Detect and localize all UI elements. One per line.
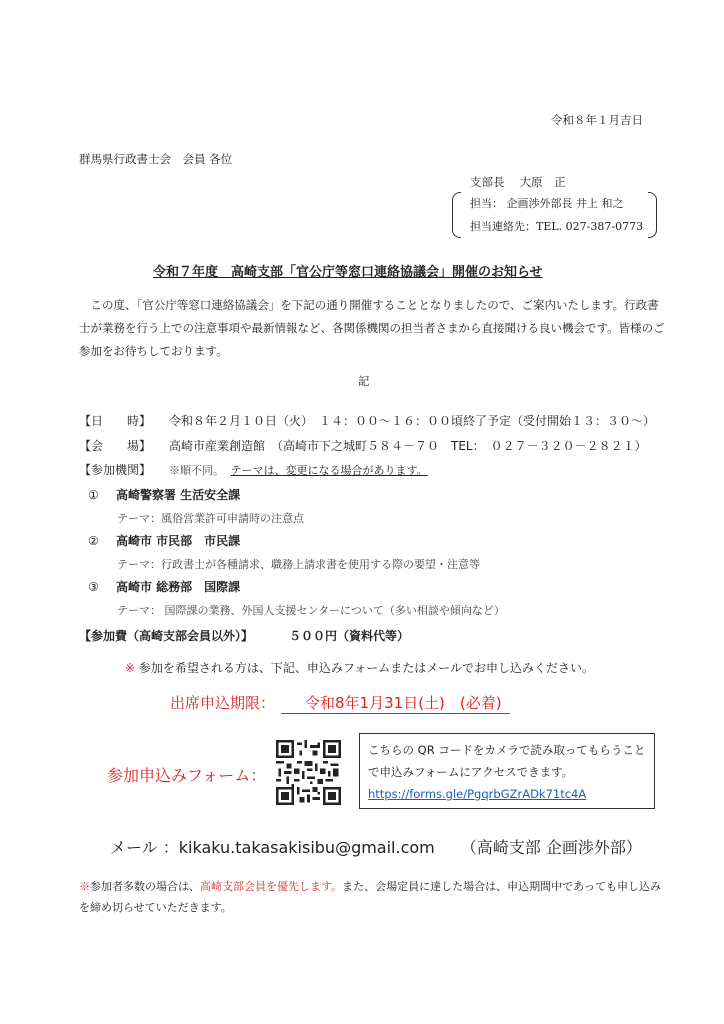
venue-row: 【会 場】高崎市産業創造館 （高崎市下之城町５８４－７０ TEL： ０２７－３２… (79, 437, 647, 454)
org-item-3: ③高崎市 総務部 国際課 (88, 578, 240, 595)
application-notice: ※ 参加を希望される方は、下記、申込みフォームまたはメールでお申し込みください。 (125, 659, 594, 676)
org-theme-3: テーマ： 国際課の業務、外国人支援センターについて（多い相談や傾向など） (117, 602, 505, 618)
org-number: ② (88, 534, 116, 548)
orgs-note-underlined: テーマは、変更になる場合があります。 (231, 464, 428, 477)
contact-person: 担当： 企画渉外部長 井上 和之 (470, 195, 624, 211)
footer-note: ※参加者多数の場合は、高崎支部会員を優先します。また、会場定員に達した場合は、申… (79, 876, 669, 918)
deadline: 出席申込期限：令和8年1月31日(土) (必着) (170, 692, 510, 714)
qr-instructions-text: こちらの QR コードをカメラで読み取ってもらうことで申込みフォームにアクセスで… (368, 739, 646, 783)
orgs-row: 【参加機関】※順不同。 テーマは、変更になる場合があります。 (79, 461, 428, 478)
org-theme-1: テーマ：風俗営業許可申請時の注意点 (117, 510, 304, 526)
email-org: （高崎支部 企画渉外部） (461, 838, 642, 857)
form-url-link[interactable]: https://forms.gle/PgqrbGZrADk71tc4A (368, 787, 586, 801)
fee-label: 【参加費（高崎支部会員以外）】 (79, 627, 253, 644)
org-number: ① (88, 488, 116, 502)
orgs-note: ※順不同。 (169, 464, 219, 477)
date-row: 【日 時】令和８年２月１０日（火） １４：００～１６：００頃終了予定（受付開始１… (79, 412, 655, 429)
footer-priority: 高崎支部会員を優先します。 (200, 880, 342, 893)
intro-paragraph: この度、「官公庁等窓口連絡協議会」を下記の通り開催することとなりましたので、ご案… (79, 294, 669, 363)
footer-mark: ※参加者多数の場合は、 (79, 880, 200, 893)
right-bracket (648, 192, 657, 238)
org-item-2: ②高崎市 市民部 市民課 (88, 532, 240, 549)
notice-text: 参加を希望される方は、下記、申込みフォームまたはメールでお申し込みください。 (135, 661, 594, 675)
qr-code-icon[interactable] (276, 740, 341, 805)
sender: 支部長 大原 正 (470, 174, 566, 190)
org-name: 高崎市 総務部 国際課 (116, 580, 240, 594)
notice-mark: ※ (125, 661, 135, 675)
org-name: 高崎市 市民部 市民課 (116, 534, 240, 548)
email-address[interactable]: メール ：kikaku.takasakisibu@gmail.com (110, 838, 435, 857)
ki-heading: 記 (358, 373, 370, 389)
venue-value: 高崎市産業創造館 （高崎市下之城町５８４－７０ TEL： ０２７－３２０－２８２… (169, 439, 647, 453)
left-bracket (452, 192, 461, 238)
qr-instructions-box: こちらの QR コードをカメラで読み取ってもらうことで申込みフォームにアクセスで… (359, 733, 655, 809)
deadline-value: 令和8年1月31日(土) (必着) (281, 692, 510, 714)
org-item-1: ①高崎警察署 生活安全課 (88, 486, 240, 503)
document-date: 令和８年１月吉日 (551, 112, 643, 128)
contact-box: 担当： 企画渉外部長 井上 和之 担当連絡先：TEL. 027-387-0773 (452, 190, 657, 238)
contact-phone: 担当連絡先：TEL. 027-387-0773 (470, 218, 643, 234)
footer-asterisk: ※ (79, 880, 90, 893)
orgs-label: 【参加機関】 (79, 461, 169, 478)
fee-value: ５００円（資料代等） (289, 627, 409, 644)
addressee: 群馬県行政書士会 会員 各位 (79, 151, 232, 167)
form-label: 参加申込みフォーム： (107, 763, 266, 786)
date-value: 令和８年２月１０日（火） １４：００～１６：００頃終了予定（受付開始１３：３０～… (169, 414, 655, 428)
date-label: 【日 時】 (79, 412, 169, 429)
email-line: メール ：kikaku.takasakisibu@gmail.com（高崎支部 … (110, 835, 642, 858)
org-name: 高崎警察署 生活安全課 (116, 488, 240, 502)
venue-label: 【会 場】 (79, 437, 169, 454)
page-title: 令和７年度 高崎支部「官公庁等窓口連絡協議会」開催のお知らせ (153, 261, 543, 280)
org-theme-2: テーマ：行政書士が各種請求、職務上請求書を使用する際の要望・注意等 (117, 556, 480, 572)
deadline-label: 出席申込期限： (170, 694, 275, 712)
org-number: ③ (88, 580, 116, 594)
